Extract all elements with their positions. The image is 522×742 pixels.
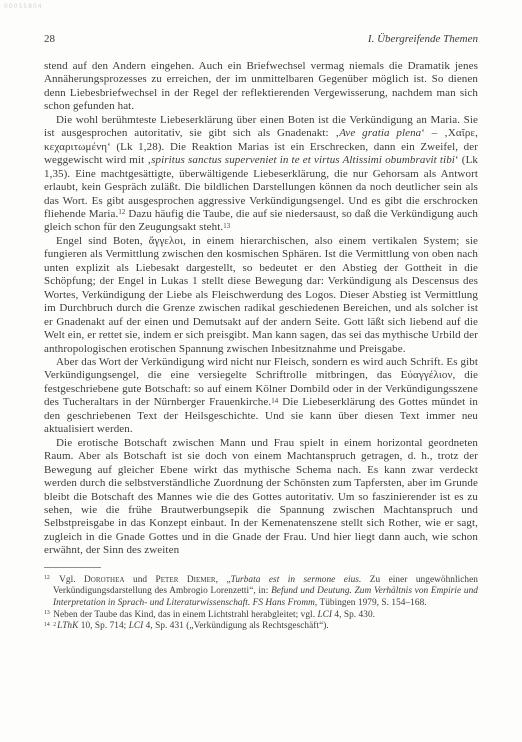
body-paragraph: stend auf den Andern eingehen. Auch ein …	[44, 60, 478, 114]
text-run: LThK	[57, 621, 78, 631]
footnote-ref: 2	[53, 622, 56, 628]
text-run: Die erotische Botschaft zwischen Mann un…	[44, 437, 478, 557]
body-paragraph: Aber das Wort der Verkündigung wird nich…	[44, 356, 478, 437]
footnote-ref: 14	[271, 398, 278, 405]
text-run: 10, Sp. 714;	[78, 621, 128, 631]
text-run: Ave gratia plena	[339, 127, 421, 139]
scan-watermark: 00055804	[4, 3, 43, 10]
text-run: , „	[216, 575, 231, 585]
text-run: Vgl.	[59, 575, 84, 585]
text-run: LCI	[129, 621, 144, 631]
running-title: I. Übergreifende Themen	[368, 33, 478, 45]
text-run: , Tübingen 1979, S. 154–168.	[315, 598, 427, 608]
body-paragraph: Die wohl berühmteste Liebeserklärung übe…	[44, 114, 478, 235]
footnote: 13 Neben der Taube das Kind, das in eine…	[44, 610, 478, 622]
footnote-marker: 14	[44, 622, 50, 628]
text-run: LCI	[317, 610, 332, 620]
text-run: Turbata est in sermone eius.	[231, 575, 362, 585]
footnote-ref: 13	[223, 223, 230, 230]
footnotes: 12 Vgl. Dorothea und Peter Diemer, „Turb…	[44, 575, 478, 633]
footnote-separator	[44, 567, 101, 568]
book-page: 00055804 28 I. Übergreifende Themen sten…	[0, 0, 522, 742]
body-paragraph: Die erotische Botschaft zwischen Mann un…	[44, 437, 478, 558]
footnote-marker: 13	[44, 610, 50, 616]
footnote: 14 2LThK 10, Sp. 714; LCI 4, Sp. 431 („V…	[44, 621, 478, 633]
text-run: spiritus sanctus superveniet in te et vi…	[151, 154, 455, 166]
text-run: Neben der Taube das Kind, das in einem L…	[53, 610, 317, 620]
text-run: 4, Sp. 430.	[332, 610, 375, 620]
body-text: stend auf den Andern eingehen. Auch ein …	[44, 60, 478, 558]
text-run: 4, Sp. 431 („Verkündigung als Rechtsgesc…	[143, 621, 328, 631]
text-run: Dorothea	[84, 575, 125, 585]
body-paragraph: Engel sind Boten, ἄγγελοι, in einem hier…	[44, 235, 478, 356]
page-number: 28	[44, 33, 55, 45]
footnote-marker: 12	[44, 575, 50, 581]
text-run: stend auf den Andern eingehen. Auch ein …	[44, 60, 478, 112]
text-run: und	[125, 575, 156, 585]
text-run: Engel sind Boten, ἄγγελοι, in einem hier…	[44, 235, 478, 355]
footnote-ref: 12	[118, 209, 125, 216]
text-run: Peter Diemer	[156, 575, 216, 585]
footnote: 12 Vgl. Dorothea und Peter Diemer, „Turb…	[44, 575, 478, 610]
page-header: 28 I. Übergreifende Themen	[44, 0, 478, 45]
